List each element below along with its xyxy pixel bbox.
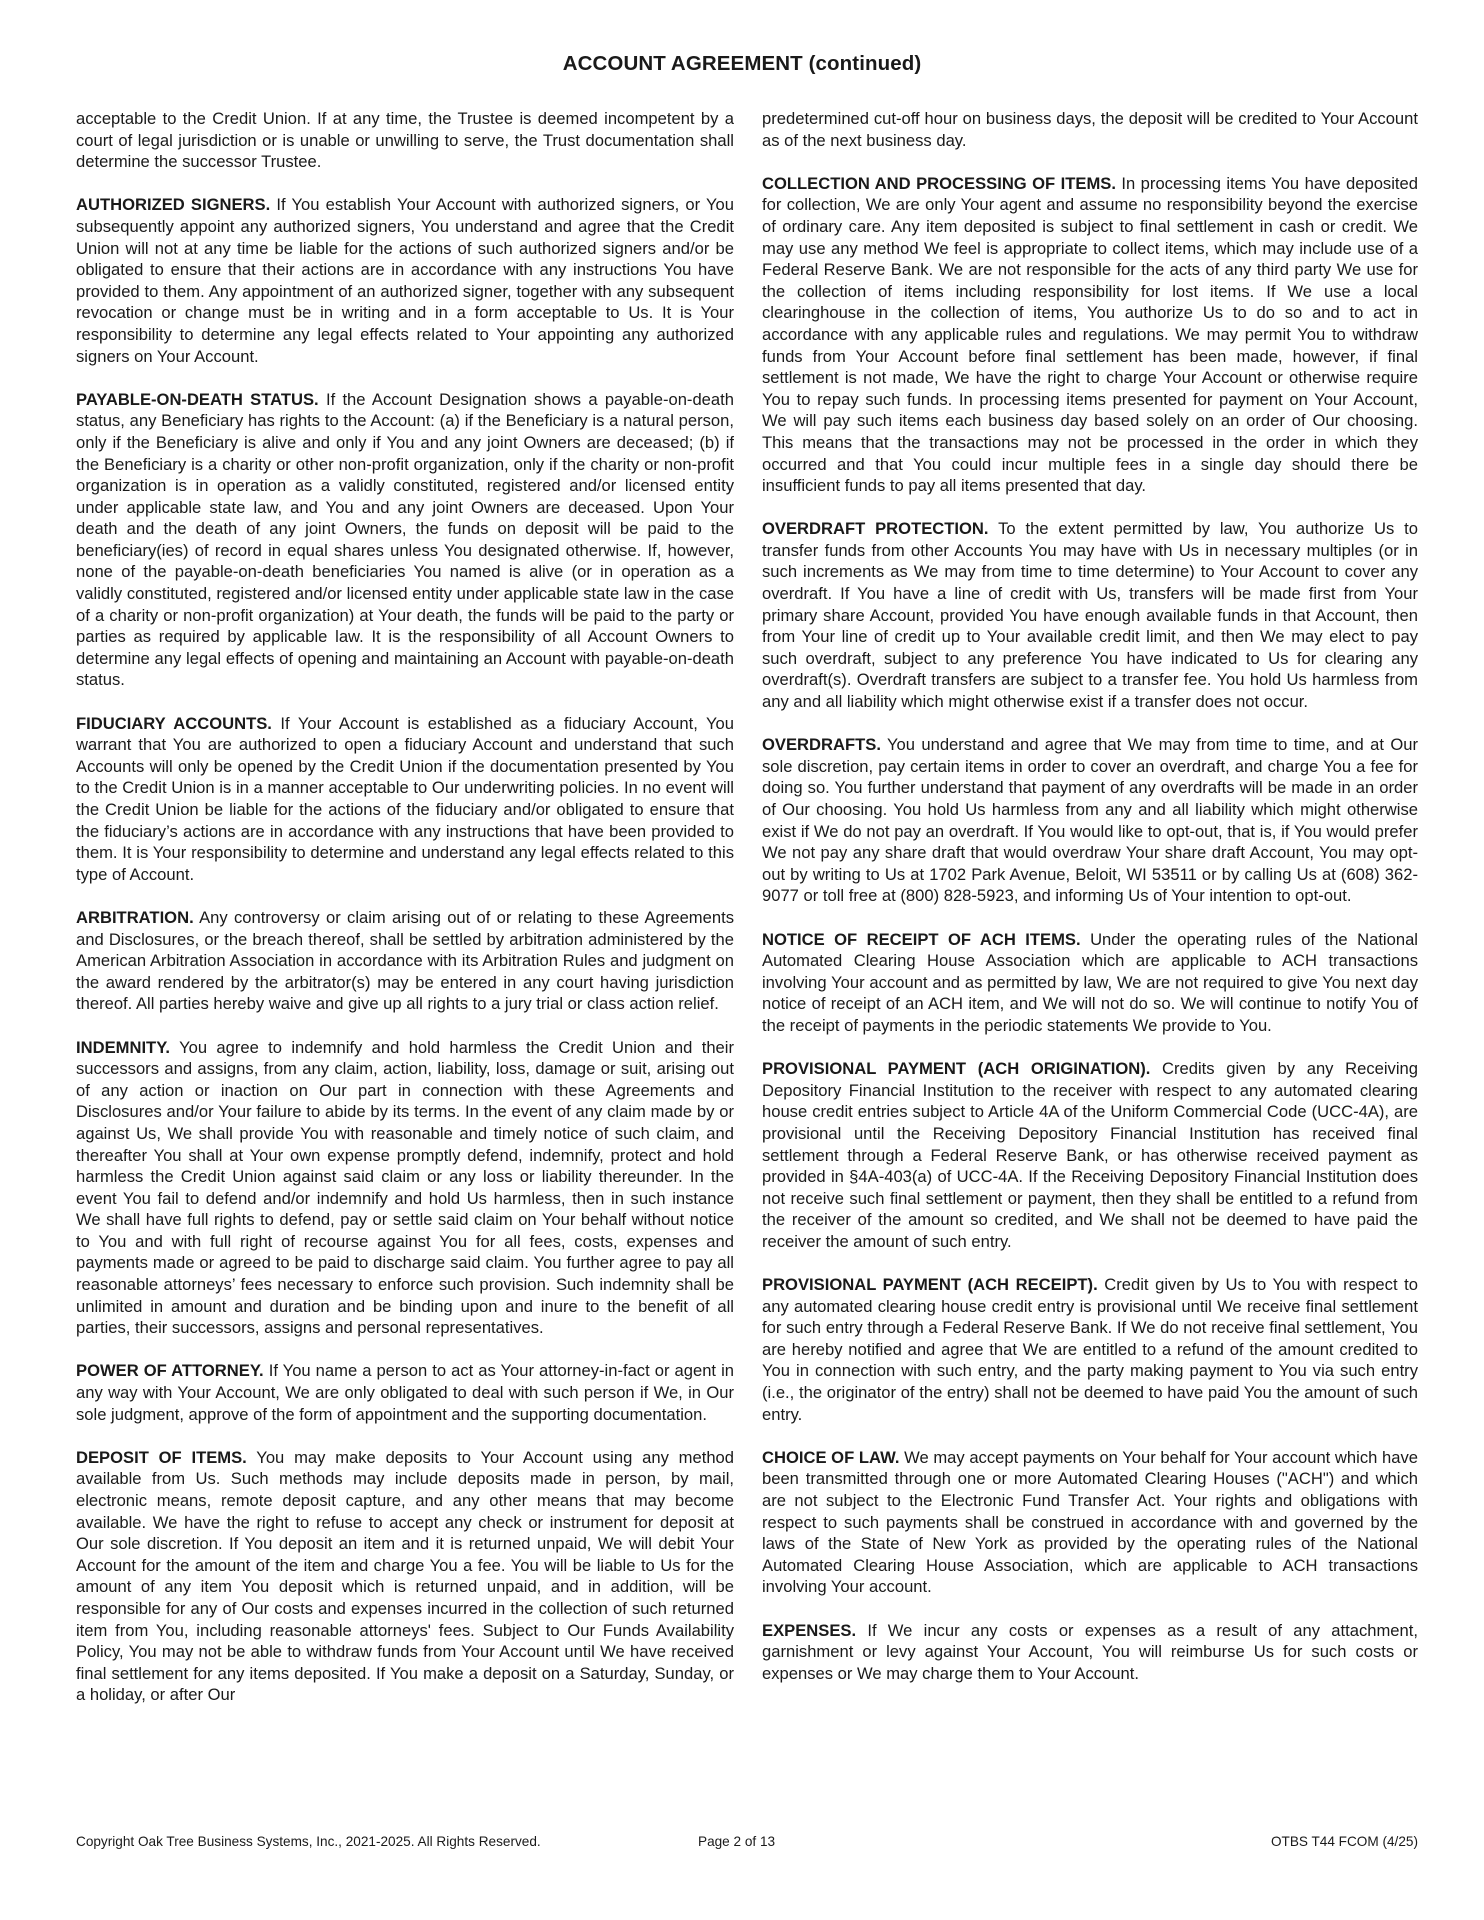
section-arbitration: ARBITRATION. Any controversy or claim ar… xyxy=(76,907,734,1015)
right-column: predetermined cut-off hour on business d… xyxy=(762,108,1418,1706)
section-trust-continued: acceptable to the Credit Union. If at an… xyxy=(76,108,734,173)
section-heading: OVERDRAFTS. xyxy=(762,735,881,754)
section-choice-of-law: CHOICE OF LAW. We may accept payments on… xyxy=(762,1447,1418,1598)
section-heading: OVERDRAFT PROTECTION. xyxy=(762,519,989,538)
section-heading: POWER OF ATTORNEY. xyxy=(76,1361,264,1380)
left-column: acceptable to the Credit Union. If at an… xyxy=(76,108,734,1728)
section-power-of-attorney: POWER OF ATTORNEY. If You name a person … xyxy=(76,1360,734,1425)
section-heading: NOTICE OF RECEIPT OF ACH ITEMS. xyxy=(762,930,1081,949)
page-number: Page 2 of 13 xyxy=(698,1834,775,1849)
section-heading: INDEMNITY. xyxy=(76,1038,170,1057)
section-payable-on-death: PAYABLE-ON-DEATH STATUS. If the Account … xyxy=(76,389,734,691)
section-expenses: EXPENSES. If We incur any costs or expen… xyxy=(762,1620,1418,1685)
section-heading: AUTHORIZED SIGNERS. xyxy=(76,195,270,214)
section-overdrafts: OVERDRAFTS. You understand and agree tha… xyxy=(762,734,1418,907)
section-collection-processing: COLLECTION AND PROCESSING OF ITEMS. In p… xyxy=(762,173,1418,497)
copyright-notice: Copyright Oak Tree Business Systems, Inc… xyxy=(76,1834,541,1849)
section-heading: ARBITRATION. xyxy=(76,908,194,927)
section-notice-ach-items: NOTICE OF RECEIPT OF ACH ITEMS. Under th… xyxy=(762,929,1418,1037)
section-heading: COLLECTION AND PROCESSING OF ITEMS. xyxy=(762,174,1116,193)
section-heading: CHOICE OF LAW. xyxy=(762,1448,899,1467)
section-fiduciary-accounts: FIDUCIARY ACCOUNTS. If Your Account is e… xyxy=(76,713,734,886)
section-heading: PROVISIONAL PAYMENT (ACH RECEIPT). xyxy=(762,1275,1098,1294)
section-provisional-ach-origination: PROVISIONAL PAYMENT (ACH ORIGINATION). C… xyxy=(762,1058,1418,1252)
section-provisional-ach-receipt: PROVISIONAL PAYMENT (ACH RECEIPT). Credi… xyxy=(762,1274,1418,1425)
section-deposit-of-items: DEPOSIT OF ITEMS. You may make deposits … xyxy=(76,1447,734,1706)
page-title: ACCOUNT AGREEMENT (continued) xyxy=(0,52,1484,76)
section-deposit-continued: predetermined cut-off hour on business d… xyxy=(762,108,1418,151)
section-overdraft-protection: OVERDRAFT PROTECTION. To the extent perm… xyxy=(762,518,1418,712)
section-heading: DEPOSIT OF ITEMS. xyxy=(76,1448,247,1467)
section-authorized-signers: AUTHORIZED SIGNERS. If You establish You… xyxy=(76,194,734,367)
section-heading: FIDUCIARY ACCOUNTS. xyxy=(76,714,272,733)
section-indemnity: INDEMNITY. You agree to indemnify and ho… xyxy=(76,1037,734,1339)
form-code: OTBS T44 FCOM (4/25) xyxy=(1271,1834,1418,1849)
section-heading: EXPENSES. xyxy=(762,1621,856,1640)
section-heading: PAYABLE-ON-DEATH STATUS. xyxy=(76,390,319,409)
section-heading: PROVISIONAL PAYMENT (ACH ORIGINATION). xyxy=(762,1059,1150,1078)
